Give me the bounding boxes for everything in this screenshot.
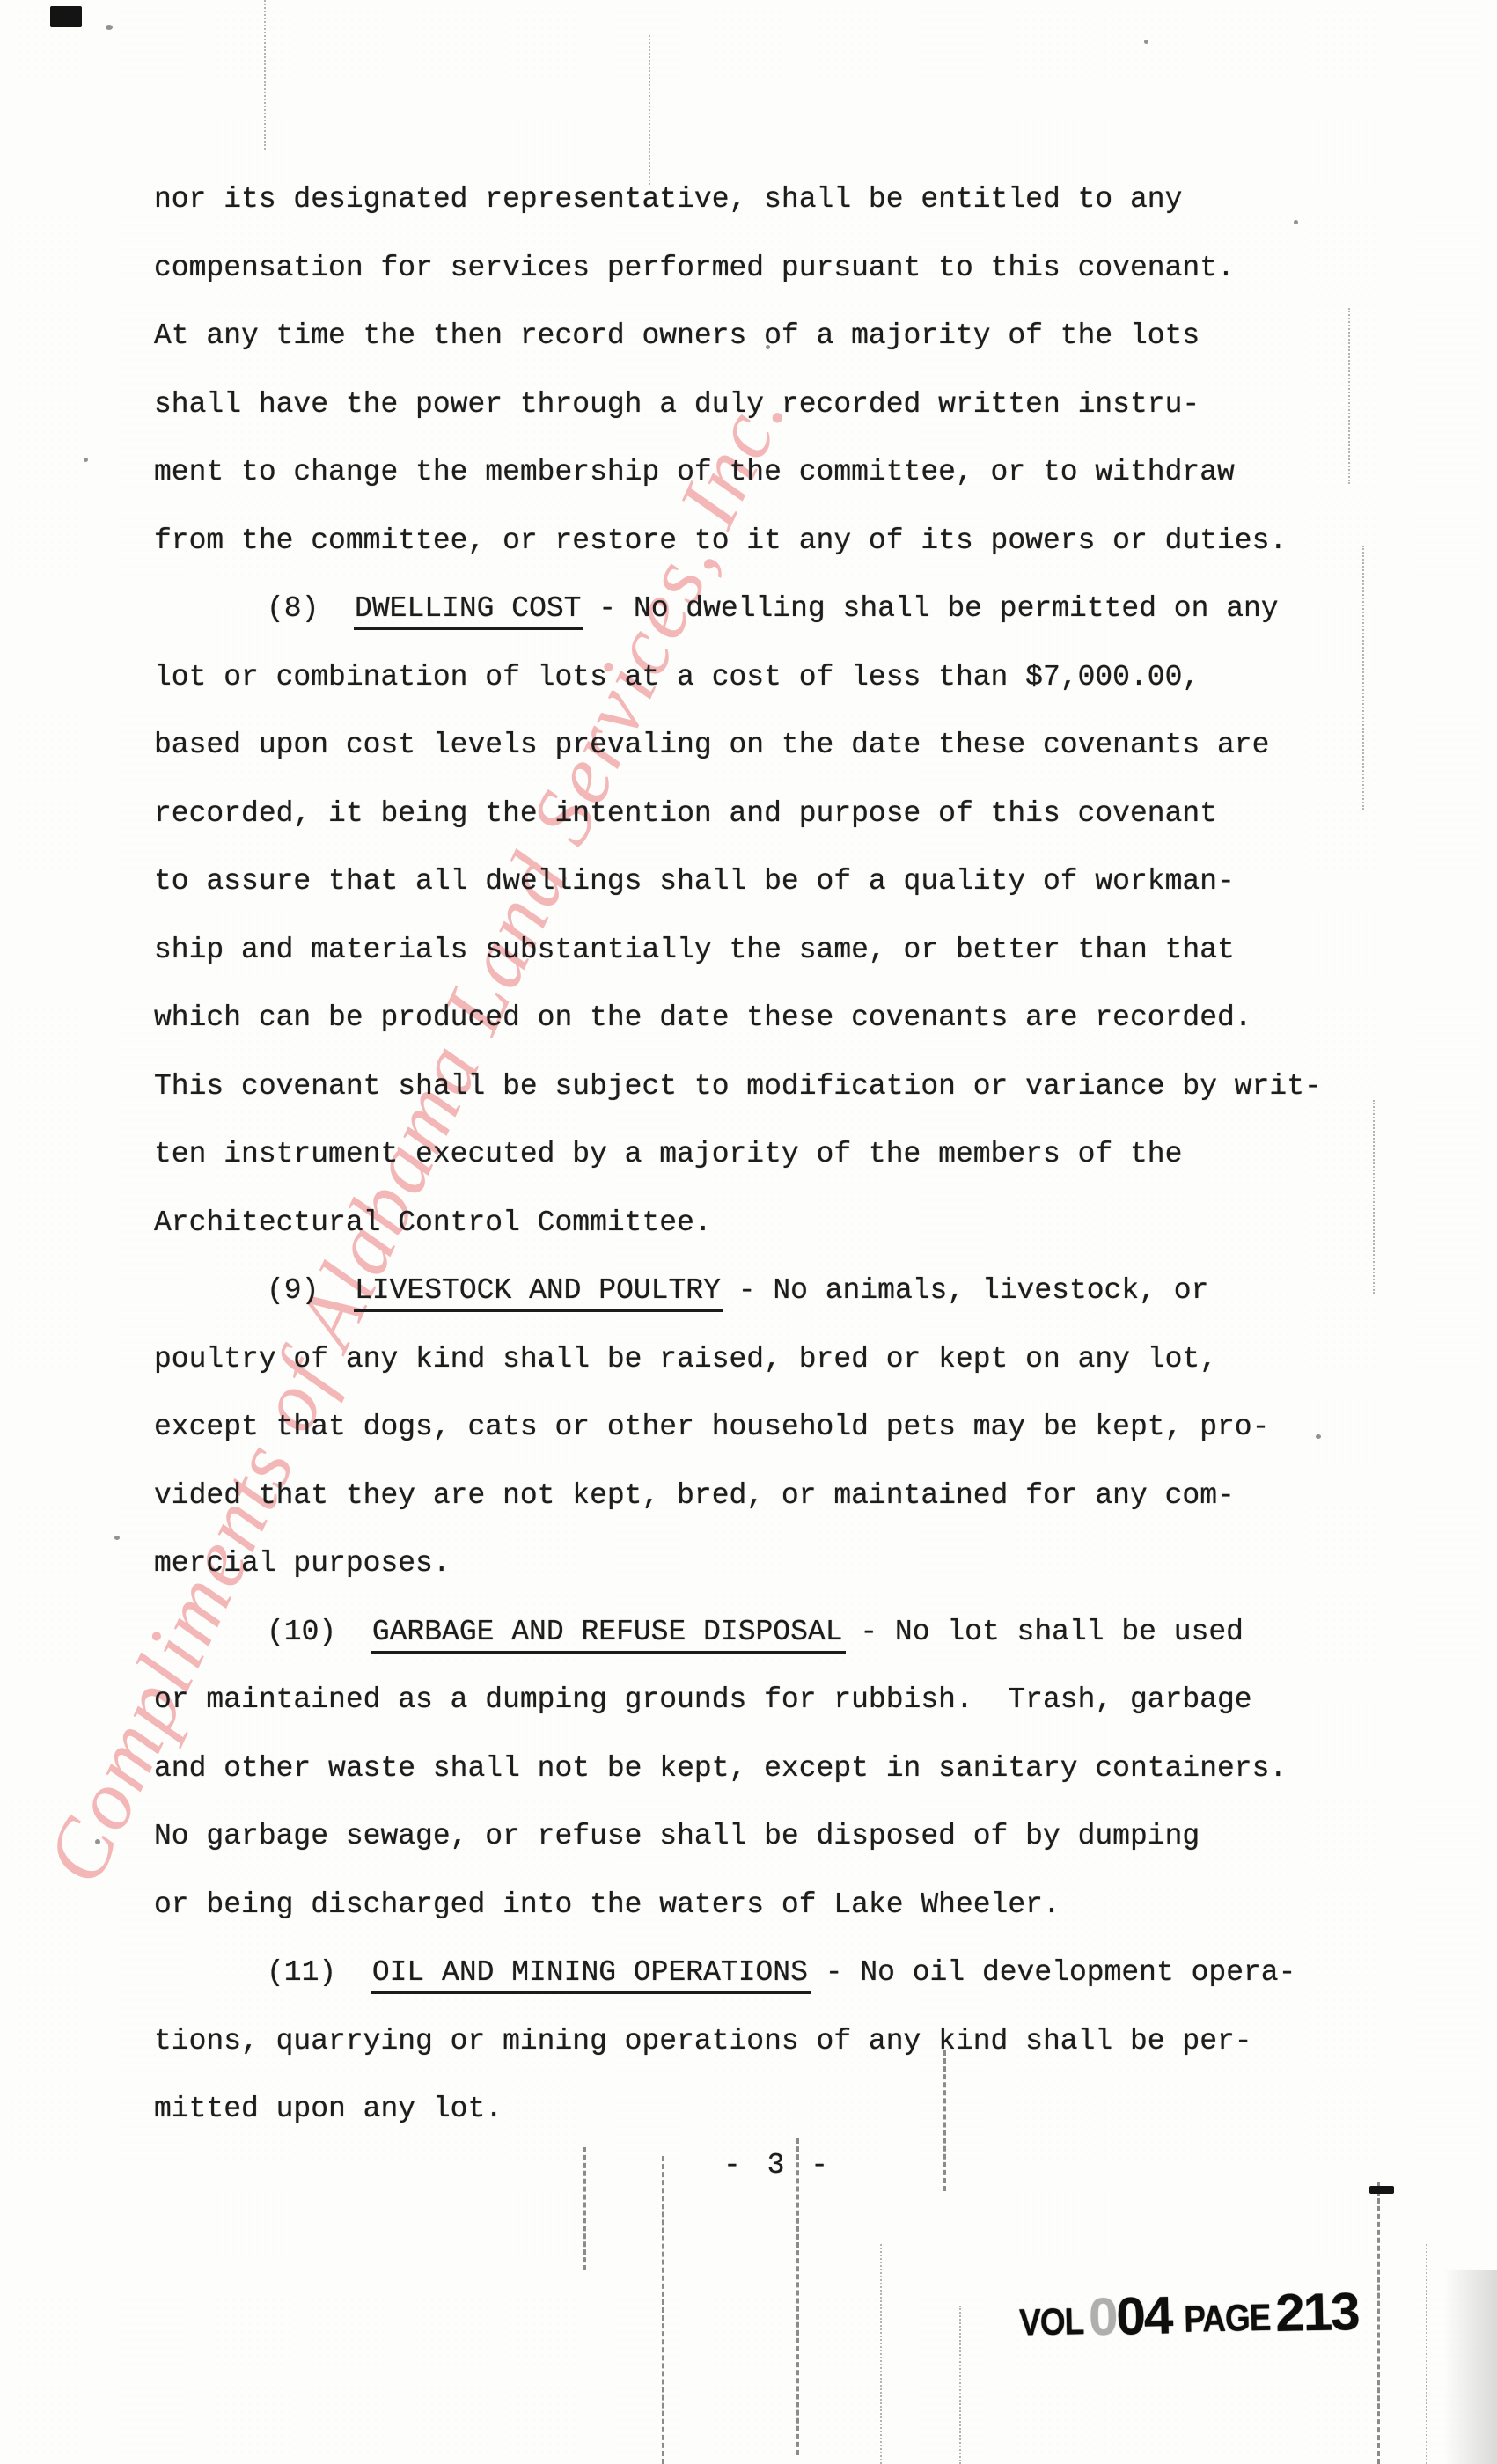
scan-line-artifact — [649, 35, 650, 185]
scan-line-artifact — [662, 2156, 664, 2464]
scan-line-artifact — [1426, 2244, 1427, 2464]
scan-line-artifact — [880, 2244, 882, 2464]
scan-line-artifact — [1348, 308, 1350, 484]
document-line: This covenant shall be subject to modifi… — [154, 1052, 1322, 1121]
stamp-page-label: PAGE — [1184, 2297, 1271, 2341]
document-line: Architectural Control Committee. — [154, 1189, 1322, 1258]
document-line: lot or combination of lots at a cost of … — [154, 643, 1322, 712]
document-line: (11) OIL AND MINING OPERATIONS - No oil … — [154, 1939, 1322, 2007]
document-line: or maintained as a dumping grounds for r… — [154, 1666, 1322, 1734]
scan-speck — [1144, 40, 1148, 44]
section-heading: GARBAGE AND REFUSE DISPOSAL — [371, 1616, 846, 1654]
document-line: ten instrument executed by a majority of… — [154, 1120, 1322, 1189]
scan-line-artifact — [1362, 546, 1364, 810]
document-line: to assure that all dwellings shall be of… — [154, 847, 1322, 916]
scan-speck — [95, 1839, 100, 1844]
document-line: nor its designated representative, shall… — [154, 165, 1322, 234]
scan-line-artifact — [1377, 2182, 1380, 2464]
scan-edge-shade — [1444, 2270, 1497, 2464]
document-text: nor its designated representative, shall… — [154, 165, 1322, 2144]
document-line: mitted upon any lot. — [154, 2075, 1322, 2144]
document-line: shall have the power through a duly reco… — [154, 370, 1322, 439]
document-line: (9) LIVESTOCK AND POULTRY - No animals, … — [154, 1257, 1322, 1325]
document-line: based upon cost levels prevaling on the … — [154, 711, 1322, 780]
document-line: from the committee, or restore to it any… — [154, 507, 1322, 576]
scan-line-artifact — [264, 0, 266, 150]
scan-speck — [106, 25, 113, 30]
document-line: which can be produced on the date these … — [154, 984, 1322, 1052]
scan-speck — [114, 1536, 120, 1540]
scan-line-artifact — [1373, 1100, 1375, 1294]
document-line: tions, quarrying or mining operations of… — [154, 2007, 1322, 2076]
vol-page-stamp: VOL 004 PAGE 213 — [1018, 2281, 1359, 2349]
scan-line-artifact — [796, 2138, 799, 2455]
document-line: or being discharged into the waters of L… — [154, 1871, 1322, 1940]
stamp-vol-number: 004 — [1088, 2284, 1172, 2347]
document-line: and other waste shall not be kept, excep… — [154, 1734, 1322, 1803]
document-line: At any time the then record owners of a … — [154, 302, 1322, 370]
scan-line-artifact — [959, 2306, 961, 2464]
document-line: mercial purposes. — [154, 1529, 1322, 1598]
document-line: compensation for services performed purs… — [154, 234, 1322, 303]
document-line: (10) GARBAGE AND REFUSE DISPOSAL - No lo… — [154, 1598, 1322, 1667]
stamp-vol-label: VOL — [1019, 2300, 1084, 2344]
document-line: ment to change the membership of the com… — [154, 438, 1322, 507]
document-line: (8) DWELLING COST - No dwelling shall be… — [154, 575, 1322, 643]
scan-blob — [1369, 2186, 1394, 2194]
scan-speck — [84, 458, 88, 462]
page-number: - 3 - — [723, 2149, 833, 2182]
scan-blob — [50, 6, 82, 27]
section-heading: OIL AND MINING OPERATIONS — [371, 1956, 811, 1994]
document-line: No garbage sewage, or refuse shall be di… — [154, 1802, 1322, 1871]
document-page: Compliments of Alabama Land Services, In… — [0, 0, 1497, 2464]
document-line: vided that they are not kept, bred, or m… — [154, 1462, 1322, 1530]
stamp-page-number: 213 — [1275, 2281, 1360, 2343]
document-line: poultry of any kind shall be raised, bre… — [154, 1325, 1322, 1394]
document-line: recorded, it being the intention and pur… — [154, 780, 1322, 848]
document-line: ship and materials substantially the sam… — [154, 916, 1322, 985]
section-heading: DWELLING COST — [354, 592, 583, 630]
section-heading: LIVESTOCK AND POULTRY — [354, 1274, 723, 1312]
document-line: except that dogs, cats or other househol… — [154, 1393, 1322, 1462]
scan-line-artifact — [583, 2147, 586, 2270]
